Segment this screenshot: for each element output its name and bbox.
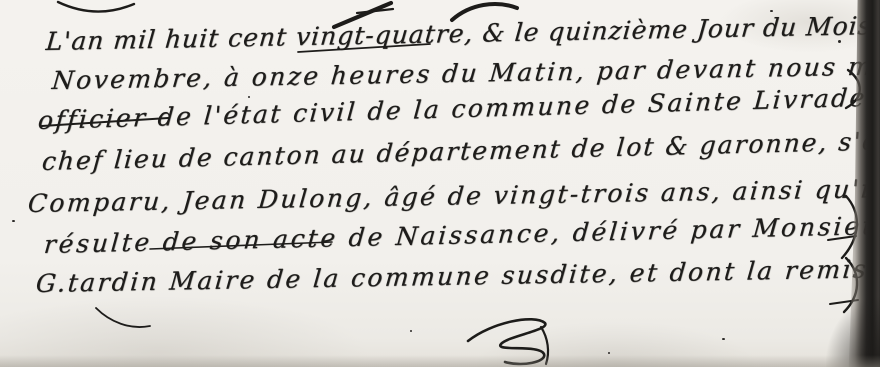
manuscript-line-4: chef lieu de canton au département de lo… [41, 126, 880, 176]
top-fragment-arc [58, 2, 134, 12]
bottom-edge-shadow [0, 355, 880, 367]
line7-descender-tail [96, 308, 150, 327]
manuscript-line-6: résulte de son acte de Naissance, délivr… [43, 211, 880, 259]
ink-speck [608, 352, 610, 354]
ink-speck [838, 40, 841, 43]
ink-speck [770, 10, 773, 12]
manuscript-scan: L'an mil huit cent vingt-quatre, & le qu… [0, 0, 880, 367]
manuscript-line-5: Comparu, Jean Dulong, âgé de vingt-trois… [27, 174, 880, 218]
manuscript-line-7: G.tardin Maire de la commune susdite, et… [35, 254, 880, 298]
ink-speck [410, 330, 412, 332]
ink-speck [722, 338, 725, 340]
top-fragment-slash-branch [357, 9, 393, 13]
ink-speck [248, 96, 250, 98]
ink-speck [12, 220, 15, 222]
manuscript-line-1: L'an mil huit cent vingt-quatre, & le qu… [45, 10, 880, 56]
